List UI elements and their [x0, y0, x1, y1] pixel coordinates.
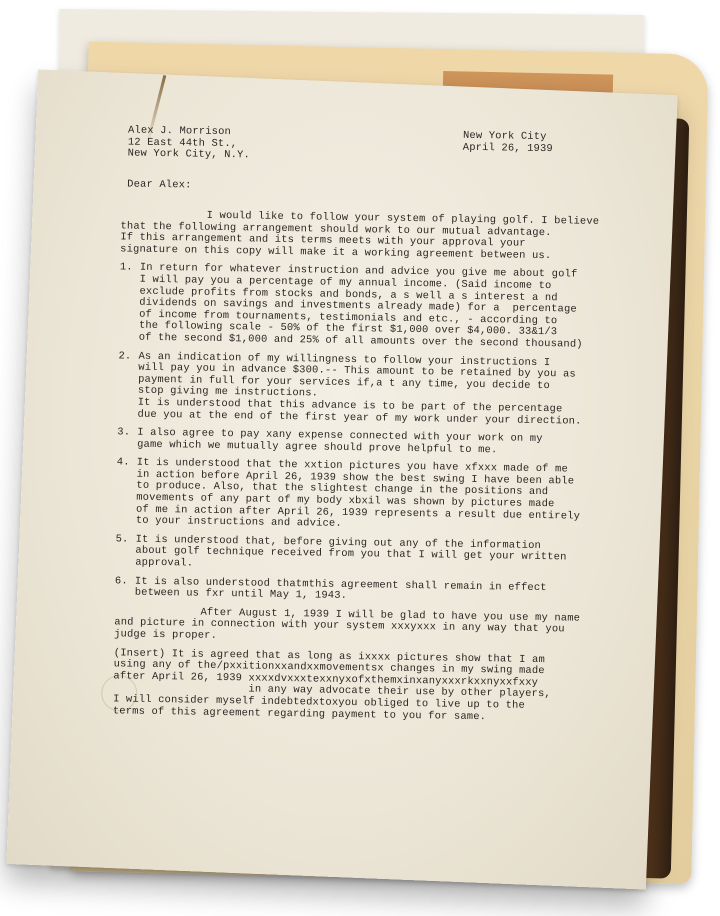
numbered-terms: 1.In return for whatever instruction and… — [115, 263, 660, 608]
date-block: New York City April 26, 1939 — [463, 131, 553, 156]
term-number: 2. — [117, 351, 138, 421]
term-number: 4. — [116, 458, 137, 528]
term-item: 5.It is understood that, before giving o… — [115, 534, 655, 577]
term-text: It is understood that the xxtion picture… — [136, 458, 657, 536]
salutation: Dear Alex: — [127, 179, 192, 192]
term-number: 6. — [115, 576, 135, 599]
term-number: 5. — [115, 534, 136, 569]
term-text: I also agree to pay xany expense connect… — [137, 428, 657, 459]
sender-line: New York City, N.Y. — [128, 149, 250, 163]
august-paragraph: After August 1, 1939 I will be glad to h… — [114, 606, 654, 649]
term-item: 6.It is also understood thatmthis agreem… — [115, 576, 655, 608]
term-item: 4.It is understood that the xxtion pictu… — [116, 458, 657, 536]
term-text: In return for whatever instruction and a… — [139, 263, 660, 352]
term-text: It is also understood thatmthis agreemen… — [135, 576, 655, 607]
letter-page: Alex J. Morrison 12 East 44th St., New Y… — [6, 69, 677, 889]
term-number: 1. — [119, 263, 140, 344]
term-number: 3. — [117, 427, 137, 450]
date-line: April 26, 1939 — [463, 142, 553, 155]
term-item: 3.I also agree to pay xany expense conne… — [117, 427, 657, 459]
insert-paragraph: (Insert) It is agreed that as long as ix… — [113, 648, 654, 726]
term-text: As an indication of my willingness to fo… — [137, 351, 658, 429]
typed-letter: Alex J. Morrison 12 East 44th St., New Y… — [128, 125, 648, 133]
term-text: It is understood that, before giving out… — [135, 534, 655, 577]
intro-paragraph: I would like to follow your system of pl… — [120, 209, 661, 264]
letter-body: I would like to follow your system of pl… — [113, 209, 661, 733]
term-item: 1.In return for whatever instruction and… — [119, 263, 660, 353]
sender-address: Alex J. Morrison 12 East 44th St., New Y… — [128, 125, 251, 162]
term-item: 2.As an indication of my willingness to … — [117, 351, 658, 429]
